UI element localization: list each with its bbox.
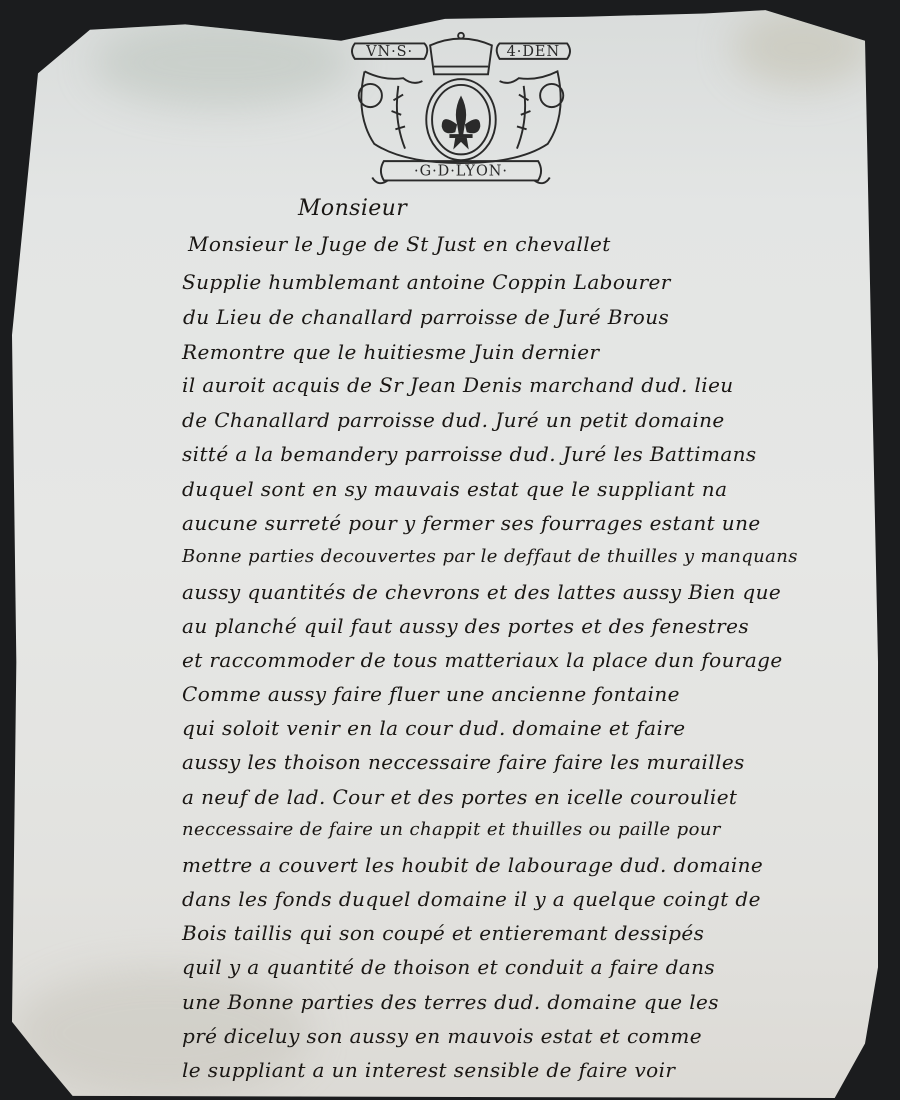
text-line-18: neccessaire de faire un chappit et thuil… bbox=[182, 819, 721, 840]
text-line-8: duquel sont en sy mauvais estat que le s… bbox=[182, 477, 727, 501]
text-line-1: Monsieur le Juge de St Just en chevallet bbox=[188, 232, 611, 256]
text-line-4: Remontre que le huitiesme Juin dernier bbox=[182, 340, 600, 364]
text-line-9: aucune surreté pour y fermer ses fourrag… bbox=[182, 511, 761, 535]
fleur-de-lis-stamp-icon: VN·S· 4·DEN ·G·D·LYON· bbox=[345, 28, 577, 192]
text-line-17: a neuf de lad. Cour et des portes en ice… bbox=[182, 785, 737, 809]
text-line-15: qui soloit venir en la cour dud. domaine… bbox=[182, 716, 685, 740]
text-line-6: de Chanallard parroisse dud. Juré un pet… bbox=[182, 408, 725, 432]
text-line-19: mettre a couvert les houbit de labourage… bbox=[182, 853, 763, 877]
text-line-12: au planché quil faut aussy des portes et… bbox=[182, 614, 749, 638]
paper-stain bbox=[92, 18, 352, 108]
text-line-7: sitté a la bemandery parroisse dud. Juré… bbox=[182, 442, 757, 466]
text-line-16: aussy les thoison neccessaire faire fair… bbox=[182, 750, 745, 774]
text-line-25: le suppliant a un interest sensible de f… bbox=[182, 1058, 675, 1082]
stamp-left-banner: VN·S· bbox=[365, 44, 413, 60]
stamp-right-banner: 4·DEN bbox=[507, 44, 560, 60]
text-line-20: dans les fonds duquel domaine il y a que… bbox=[182, 887, 761, 911]
tax-stamp: VN·S· 4·DEN ·G·D·LYON· bbox=[345, 28, 577, 192]
text-line-23: une Bonne parties des terres dud. domain… bbox=[182, 990, 719, 1014]
text-line-22: quil y a quantité de thoison et conduit … bbox=[182, 955, 715, 979]
text-line-2: Supplie humblemant antoine Coppin Labour… bbox=[182, 270, 671, 294]
text-line-11: aussy quantités de chevrons et des latte… bbox=[182, 580, 781, 604]
text-line-21: Bois taillis qui son coupé et entiereman… bbox=[182, 921, 704, 945]
text-line-13: et raccommoder de tous matteriaux la pla… bbox=[182, 648, 783, 672]
text-line-24: pré diceluy son aussy en mauvois estat e… bbox=[182, 1024, 702, 1048]
text-line-5: il auroit acquis de Sr Jean Denis marcha… bbox=[182, 373, 734, 397]
salutation: Monsieur bbox=[298, 196, 407, 221]
stamp-bottom-banner: ·G·D·LYON· bbox=[414, 164, 508, 180]
paper-stain bbox=[732, 8, 872, 88]
text-line-14: Comme aussy faire fluer une ancienne fon… bbox=[182, 682, 680, 706]
text-line-3: du Lieu de chanallard parroisse de Juré … bbox=[183, 305, 669, 329]
text-line-10: Bonne parties decouvertes par le deffaut… bbox=[182, 546, 798, 567]
